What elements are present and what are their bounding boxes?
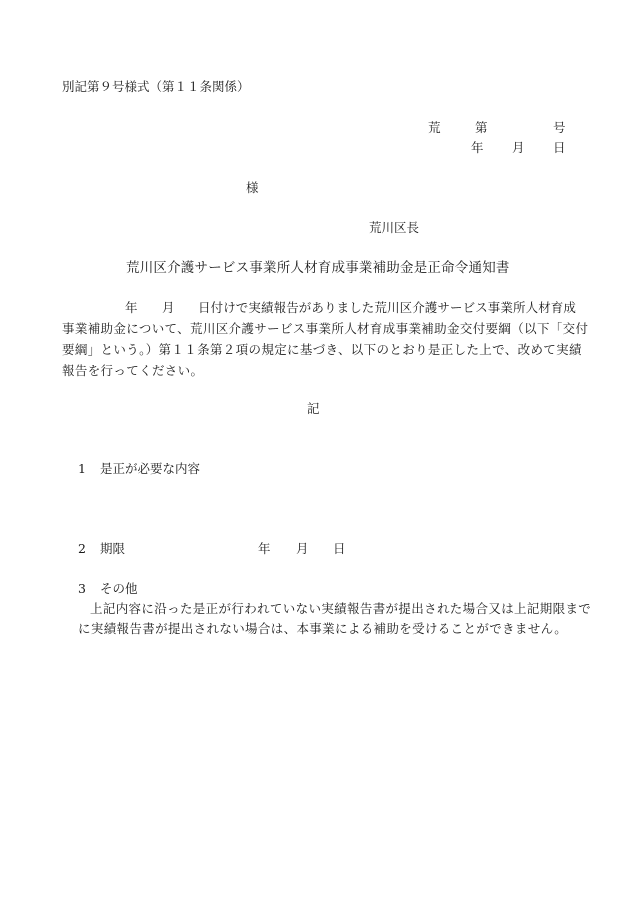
body-line-3: 要綱」という。）第１１条第２項の規定に基づき、以下のとおり是正した上で、改めて実… [62, 344, 582, 357]
ki-heading: 記 [307, 403, 320, 416]
deadline-day: 日 [333, 543, 346, 556]
body-date-year: 年 [125, 302, 138, 315]
note-line-2: に実績報告書が提出されない場合は、本事業による補助を受けることができません。 [78, 623, 567, 636]
deadline-month: 月 [296, 543, 309, 556]
issuer: 荒川区長 [369, 222, 419, 235]
item-number: 2 [78, 543, 86, 556]
item-label: 期限 [100, 543, 125, 556]
issue-date-day: 日 [553, 142, 566, 155]
document-title: 荒川区介護サービス事業所人材育成事業補助金是正命令通知書 [126, 262, 510, 276]
issue-date-month: 月 [512, 142, 525, 155]
body-date-month: 月 [162, 302, 175, 315]
reference-suffix: 号 [553, 122, 566, 135]
item-number: 3 [78, 583, 86, 596]
item-label: その他 [100, 583, 138, 596]
reference-number-label: 第 [475, 122, 488, 135]
form-label: 別記第９号様式（第１１条関係） [62, 81, 250, 94]
body-line-2: 事業補助金について、荒川区介護サービス事業所人材育成事業補助金交付要綱（以下「交… [62, 323, 588, 336]
item-label: 是正が必要な内容 [100, 463, 200, 476]
body-line-1: 日付けで実績報告がありました荒川区介護サービス事業所人材育成 [198, 302, 576, 315]
reference-prefix: 荒 [428, 122, 441, 135]
item-number: 1 [78, 463, 86, 476]
deadline-year: 年 [258, 543, 271, 556]
issue-date-year: 年 [471, 142, 484, 155]
body-line-4: 報告を行ってください。 [62, 365, 203, 378]
note-line-1: 上記内容に沿った是正が行われていない実績報告書が提出された場合又は上記期限まで [90, 603, 591, 616]
addressee: 様 [246, 182, 259, 195]
